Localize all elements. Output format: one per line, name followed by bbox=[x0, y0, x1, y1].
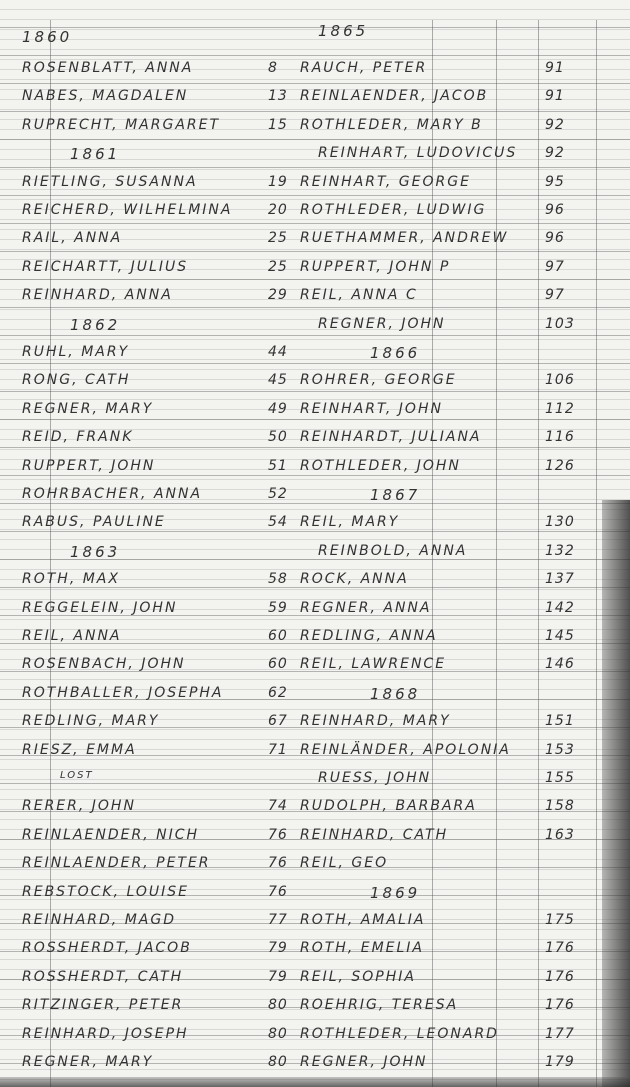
index-entry: RAUCH, PETER91 bbox=[0, 56, 630, 84]
entry-name: RUDOLPH, BARBARA bbox=[300, 798, 477, 814]
entry-name: REINLÄNDER, APOLONIA bbox=[300, 742, 511, 758]
entry-name: ROTHLEDER, JOHN bbox=[300, 458, 461, 474]
index-entry: REINHARDT, JULIANA116 bbox=[0, 425, 630, 453]
entry-page-number: 92 bbox=[545, 117, 565, 133]
year-divider: 1869 bbox=[0, 880, 630, 908]
entry-page-number: 91 bbox=[545, 88, 565, 104]
entry-name: ROTH, AMALIA bbox=[300, 912, 425, 928]
entry-page-number: 103 bbox=[545, 316, 575, 332]
entry-page-number: 95 bbox=[545, 174, 565, 190]
left-header-year: 1860 bbox=[22, 28, 72, 46]
index-entry: ROEHRIG, TERESA176 bbox=[0, 993, 630, 1021]
ledger-page: 1860 1865 ROSENBLATT, ANNA8NABES, MAGDAL… bbox=[0, 0, 630, 1087]
entry-page-number: 116 bbox=[545, 429, 575, 445]
index-entry: REDLING, ANNA145 bbox=[0, 624, 630, 652]
entry-page-number: 153 bbox=[545, 742, 575, 758]
entry-page-number: 145 bbox=[545, 628, 575, 644]
entry-page-number: 130 bbox=[545, 514, 575, 530]
entry-name: REIL, ANNA C bbox=[300, 287, 418, 303]
right-header-year: 1865 bbox=[318, 22, 368, 40]
index-entry: ROTH, EMELIA176 bbox=[0, 936, 630, 964]
entry-name: 1869 bbox=[370, 884, 420, 902]
index-entry: REIL, SOPHIA176 bbox=[0, 965, 630, 993]
index-entry: ROTHLEDER, MARY B92 bbox=[0, 113, 630, 141]
entry-name: ROTHLEDER, MARY B bbox=[300, 117, 483, 133]
entry-name: REIL, MARY bbox=[300, 514, 399, 530]
entry-name: REDLING, ANNA bbox=[300, 628, 438, 644]
entry-page-number: 176 bbox=[545, 997, 575, 1013]
entry-name: REIL, GEO bbox=[300, 855, 388, 871]
index-entry: REINHARD, CATH163 bbox=[0, 823, 630, 851]
index-entry: ROCK, ANNA137 bbox=[0, 567, 630, 595]
entry-page-number: 112 bbox=[545, 401, 575, 417]
entry-name: ROTH, EMELIA bbox=[300, 940, 424, 956]
entry-page-number: 151 bbox=[545, 713, 575, 729]
year-divider: 1867 bbox=[0, 482, 630, 510]
entry-page-number: 96 bbox=[545, 202, 565, 218]
entry-page-number: 176 bbox=[545, 969, 575, 985]
entry-name: REINHARD, CATH bbox=[300, 827, 448, 843]
entry-name: REIL, SOPHIA bbox=[300, 969, 416, 985]
entry-name: REINLAENDER, JACOB bbox=[300, 88, 488, 104]
page-bottom-edge bbox=[0, 1077, 630, 1087]
index-entry: REINHARD, MARY151 bbox=[0, 709, 630, 737]
entry-page-number: 96 bbox=[545, 230, 565, 246]
year-divider: 1868 bbox=[0, 681, 630, 709]
index-entry: REGNER, JOHN103 bbox=[0, 312, 630, 340]
entry-name: REINHARD, MARY bbox=[300, 713, 451, 729]
index-entry: REGNER, ANNA142 bbox=[0, 596, 630, 624]
entry-name: 1867 bbox=[370, 486, 420, 504]
entry-name: ROCK, ANNA bbox=[300, 571, 409, 587]
index-entry: RUDOLPH, BARBARA158 bbox=[0, 794, 630, 822]
index-entry: REGNER, JOHN179 bbox=[0, 1050, 630, 1078]
entry-name: REGNER, JOHN bbox=[300, 1054, 428, 1070]
entry-page-number: 106 bbox=[545, 372, 575, 388]
entry-name: 1868 bbox=[370, 685, 420, 703]
entry-page-number: 177 bbox=[545, 1026, 575, 1042]
entry-page-number: 142 bbox=[545, 600, 575, 616]
entry-page-number: 92 bbox=[545, 145, 565, 161]
index-entry: RUPPERT, JOHN P97 bbox=[0, 255, 630, 283]
year-divider: 1866 bbox=[0, 340, 630, 368]
entry-page-number: 91 bbox=[545, 60, 565, 76]
entry-page-number: 155 bbox=[545, 770, 575, 786]
entry-page-number: 126 bbox=[545, 458, 575, 474]
entry-page-number: 158 bbox=[545, 798, 575, 814]
index-entry: REINLÄNDER, APOLONIA153 bbox=[0, 738, 630, 766]
entry-name: REINHART, JOHN bbox=[300, 401, 443, 417]
entry-page-number: 137 bbox=[545, 571, 575, 587]
entry-name: REINHART, GEORGE bbox=[300, 174, 471, 190]
entry-name: RUPPERT, JOHN P bbox=[300, 259, 450, 275]
entry-name: REINHART, LUDOVICUS bbox=[318, 145, 517, 161]
index-entry: REIL, GEO bbox=[0, 851, 630, 879]
entry-name: ROHRER, GEORGE bbox=[300, 372, 457, 388]
index-entry: REINLAENDER, JACOB91 bbox=[0, 84, 630, 112]
entry-name: ROTHLEDER, LEONARD bbox=[300, 1026, 499, 1042]
entry-name: RUESS, JOHN bbox=[318, 770, 431, 786]
entry-page-number: 163 bbox=[545, 827, 575, 843]
entry-page-number: 179 bbox=[545, 1054, 575, 1070]
index-entry: RUETHAMMER, ANDREW96 bbox=[0, 226, 630, 254]
entry-page-number: 97 bbox=[545, 259, 565, 275]
index-entry: ROTH, AMALIA175 bbox=[0, 908, 630, 936]
entry-name: 1866 bbox=[370, 344, 420, 362]
entry-name: ROEHRIG, TERESA bbox=[300, 997, 458, 1013]
entry-name: REINBOLD, ANNA bbox=[318, 543, 467, 559]
page-binding-shadow bbox=[602, 500, 630, 1087]
index-entry: REIL, MARY130 bbox=[0, 510, 630, 538]
index-entry: RUESS, JOHN155 bbox=[0, 766, 630, 794]
entry-name: REGNER, ANNA bbox=[300, 600, 431, 616]
entry-name: RAUCH, PETER bbox=[300, 60, 427, 76]
entry-page-number: 175 bbox=[545, 912, 575, 928]
entry-page-number: 176 bbox=[545, 940, 575, 956]
index-entry: REINBOLD, ANNA132 bbox=[0, 539, 630, 567]
entry-name: REIL, LAWRENCE bbox=[300, 656, 446, 672]
entry-page-number: 132 bbox=[545, 543, 575, 559]
index-entry: REINHART, LUDOVICUS92 bbox=[0, 141, 630, 169]
index-entry: ROHRER, GEORGE106 bbox=[0, 368, 630, 396]
index-entry: ROTHLEDER, LUDWIG96 bbox=[0, 198, 630, 226]
index-entry: REIL, ANNA C97 bbox=[0, 283, 630, 311]
entry-page-number: 97 bbox=[545, 287, 565, 303]
entry-name: REINHARDT, JULIANA bbox=[300, 429, 482, 445]
entry-name: ROTHLEDER, LUDWIG bbox=[300, 202, 486, 218]
index-entry: REIL, LAWRENCE146 bbox=[0, 652, 630, 680]
index-entry: REINHART, JOHN112 bbox=[0, 397, 630, 425]
index-entry: ROTHLEDER, JOHN126 bbox=[0, 454, 630, 482]
entry-page-number: 146 bbox=[545, 656, 575, 672]
index-entry: REINHART, GEORGE95 bbox=[0, 170, 630, 198]
index-entry: ROTHLEDER, LEONARD177 bbox=[0, 1022, 630, 1050]
entry-name: RUETHAMMER, ANDREW bbox=[300, 230, 508, 246]
entry-name: REGNER, JOHN bbox=[318, 316, 446, 332]
